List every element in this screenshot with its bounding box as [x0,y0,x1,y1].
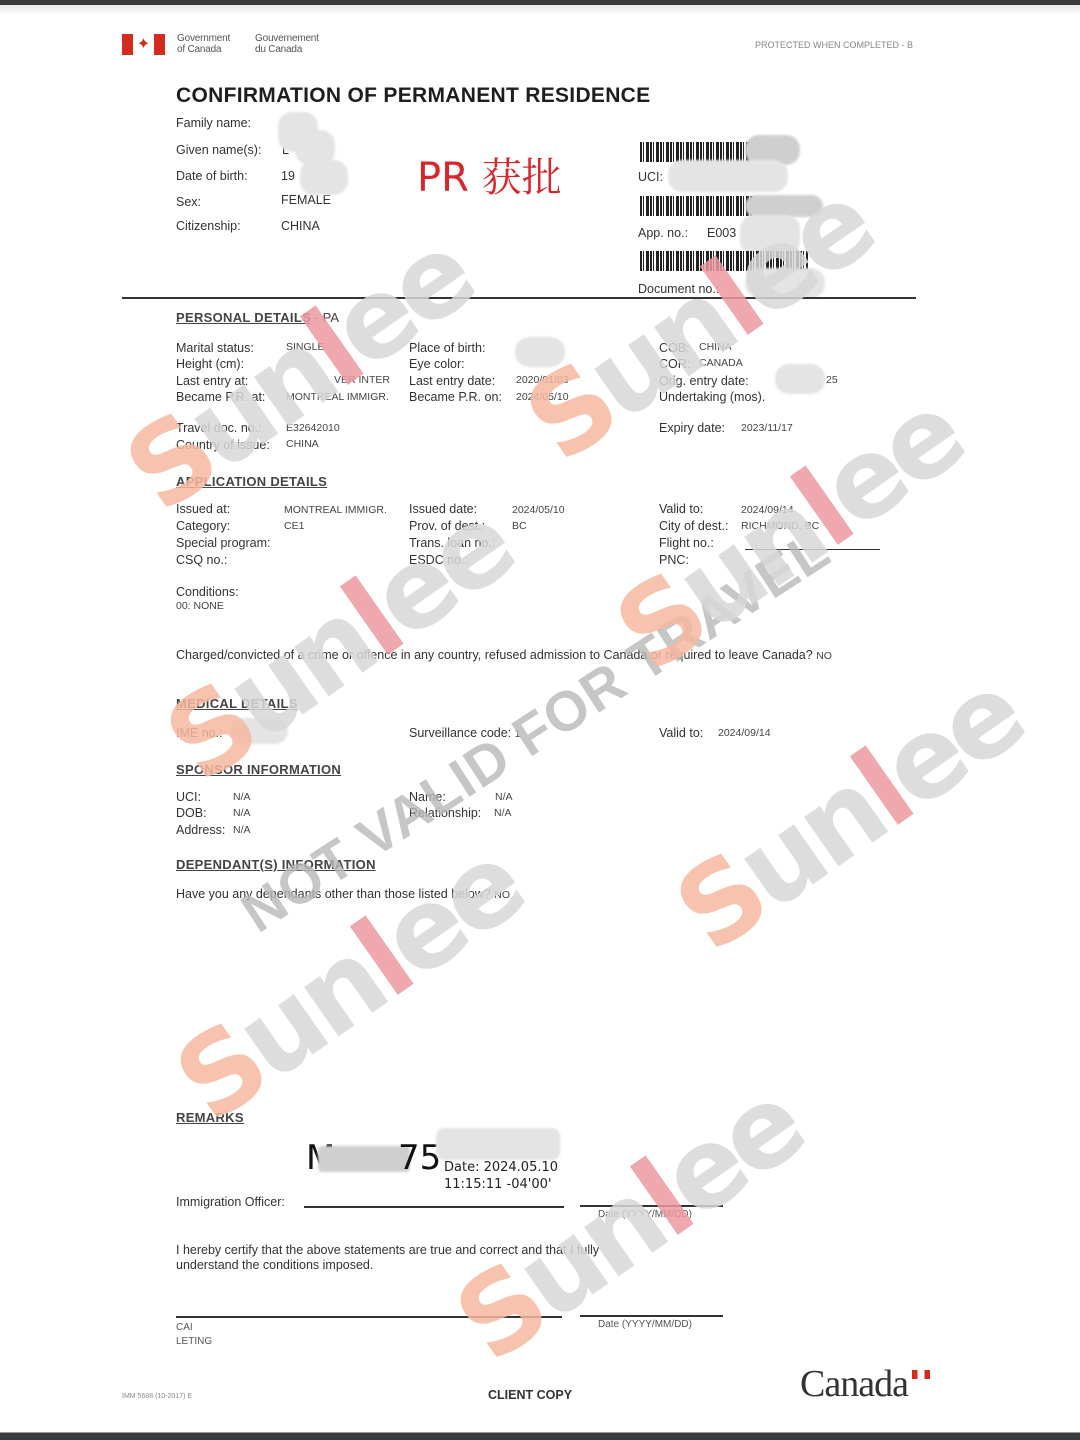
last-entry-date-label: Last entry date: [409,374,495,388]
flight-no-line [745,549,880,550]
prov-of-dest-label: Prov. of dest.: [409,519,485,533]
ime-no-label: IME no.: [176,726,223,740]
dependants-question: Have you any dependants other than those… [176,887,510,901]
sponsor-relationship-label: Relationship: [409,806,481,820]
special-program-label: Special program: [176,536,271,550]
marital-status-label: Marital status: [176,341,254,355]
officer-signature-line [304,1206,564,1208]
canada-wordmark-flag-icon [912,1370,930,1379]
family-name-label: Family name: [176,116,251,130]
app-no-value: E003 [707,226,736,240]
sponsor-address-label: Address: [176,823,225,837]
city-of-dest-label: City of dest.: [659,519,728,533]
became-pr-on-label: Became P.R. on: [409,390,502,404]
category-value: CE1 [284,520,304,532]
given-names-label: Given name(s): [176,143,261,157]
protected-label: PROTECTED WHEN COMPLETED - B [755,40,913,50]
conditions-value: 00: NONE [176,600,224,612]
canada-wordmark: Canada [800,1362,908,1406]
marital-status-value: SINGLE [286,341,325,353]
eye-color-label: Eye color: [409,357,465,371]
height-label: Height (cm): [176,357,244,371]
flight-no-label: Flight no.: [659,536,714,550]
gov-en-line2: of Canada [177,44,230,55]
citizenship-label: Citizenship: [176,219,241,233]
sponsor-dob-value: N/A [233,807,251,819]
redaction-blur [740,215,800,255]
redaction-blur [436,1128,560,1160]
redaction-blur [745,268,825,298]
redaction-blur [775,364,825,394]
dependants-heading: DEPENDANT(S) INFORMATION [176,857,376,872]
last-entry-at-value: VER INTER [334,374,390,386]
officer-signature-end: 75 [398,1138,441,1178]
sunlee-watermark: Sunlee [653,650,1043,977]
header-divider [122,297,916,299]
client-date-format: Date (YYYY/MM/DD) [598,1319,692,1330]
valid-to-value: 2024/09/14 [741,504,794,516]
sponsor-relationship-value: N/A [494,807,512,819]
issued-at-value: MONTREAL IMMIGR. [284,504,387,516]
became-pr-at-value: MONTREAL IMMIGR. [286,391,389,403]
undertaking-label: Undertaking (mos). [659,390,765,404]
redaction-blur [515,337,565,367]
sex-value: FEMALE [281,193,331,207]
travel-doc-label: Travel doc. no.: [176,421,262,435]
redaction-blur [745,195,823,217]
dob-label: Date of birth: [176,169,248,183]
certification-text: I hereby certify that the above statemen… [176,1243,599,1273]
sponsor-address-value: N/A [233,824,251,836]
sponsor-name-label: Name: [409,790,446,804]
charged-question: Charged/convicted of a crime or offence … [176,648,832,662]
expiry-date-label: Expiry date: [659,421,725,435]
viewer-top-shadow [0,5,1080,15]
country-of-issue-value: CHINA [286,438,319,450]
officer-date-line [580,1205,723,1207]
viewer-bottom-bar [0,1432,1080,1440]
redaction-blur [300,160,348,195]
client-signature-line [176,1316,562,1318]
place-of-birth-label: Place of birth: [409,341,485,355]
cor-value: CANADA [699,357,743,369]
issued-at-label: Issued at: [176,502,230,516]
redaction-blur [230,718,288,744]
orig-entry-date-value: 25 [826,374,838,386]
remarks-heading: REMARKS [176,1110,244,1125]
trans-loan-label: Trans. loan no.: [409,536,495,550]
became-pr-at-label: Became P.R. at: [176,390,265,404]
application-details-heading: APPLICATION DETAILS [176,474,327,489]
country-of-issue-label: Country of issue: [176,438,270,452]
client-date-line [580,1315,723,1317]
personal-details-heading: PERSONAL DETAILS - PA [176,309,339,327]
signature-timestamp: Date: 2024.05.10 11:15:11 -04'00' [444,1159,558,1193]
gov-fr-line1: Gouvernement [255,33,319,44]
orig-entry-date-label: Orig. entry date: [659,374,749,388]
prov-of-dest-value: BC [512,520,527,532]
category-label: Category: [176,519,230,533]
city-of-dest-value: RICHMOND, BC [741,520,819,532]
page-title: CONFIRMATION OF PERMANENT RESIDENCE [176,84,650,108]
csq-no-label: CSQ no.: [176,553,227,567]
expiry-date-value: 2023/11/17 [741,422,793,434]
cor-label: COR: [659,357,690,371]
travel-doc-value: E32642010 [286,422,340,434]
charged-answer: NO [816,650,832,662]
last-entry-at-label: Last entry at: [176,374,248,388]
sponsor-name-value: N/A [495,791,513,803]
sunlee-watermark: Sunlee [433,1060,823,1387]
medical-valid-to-label: Valid to: [659,726,703,740]
form-code: IMM 5688 (10-2017) E [122,1393,192,1400]
canada-flag-icon: ✦ [122,34,165,55]
medical-valid-to-value: 2024/09/14 [718,727,771,739]
uci-label: UCI: [638,170,663,184]
officer-date-format: Date (YYYY/MM/DD) [598,1209,692,1220]
client-signature: CAI LETING [176,1321,212,1349]
gov-en-signature: Government of Canada [177,33,230,55]
cob-label: COB: [659,341,690,355]
sex-label: Sex: [176,195,201,209]
citizenship-value: CHINA [281,219,320,233]
redaction-blur [668,160,788,192]
medical-details-heading: MEDICAL DETAILS [176,696,298,711]
uci-barcode [640,142,755,162]
redaction-blur [318,1146,410,1172]
esdc-no-label: ESDC no.: [409,553,468,567]
sponsor-dob-label: DOB: [176,806,207,820]
sponsor-info-heading: SPONSOR INFORMATION [176,762,341,777]
cob-value: CHINA [699,341,732,353]
became-pr-on-value: 2024/05/10 [516,391,569,403]
gov-en-line1: Government [177,33,230,44]
immigration-officer-label: Immigration Officer: [176,1195,285,1209]
sponsor-uci-label: UCI: [176,790,201,804]
valid-to-label: Valid to: [659,502,703,516]
gov-fr-line2: du Canada [255,44,319,55]
client-copy-label: CLIENT COPY [488,1388,572,1402]
surveillance-code: Surveillance code: 1 [409,726,520,740]
pr-approved-stamp: PR 获批 [417,146,562,203]
last-entry-date-value: 2020/01/03 [516,374,569,386]
conditions-label: Conditions: [176,585,239,599]
pnc-label: PNC: [659,553,689,567]
sponsor-uci-value: N/A [233,791,251,803]
app-no-barcode [640,196,755,216]
gov-fr-signature: Gouvernement du Canada [255,33,319,55]
document-no-label: Document no.: [638,282,719,296]
dependants-answer: NO [494,889,510,901]
dob-value: 19 [281,169,295,183]
app-no-label: App. no.: [638,226,688,240]
issued-date-label: Issued date: [409,502,477,516]
issued-date-value: 2024/05/10 [512,504,565,516]
